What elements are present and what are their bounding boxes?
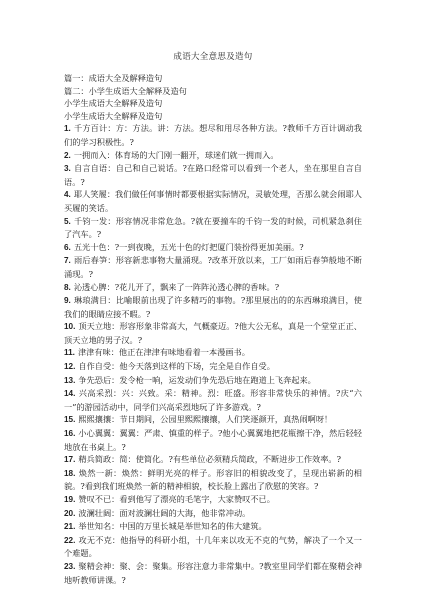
item-text: 一拥而入：体育场的大门刚一翻开，球迷们就一拥而入。 <box>74 150 279 160</box>
item-number: 12. <box>64 362 75 371</box>
idiom-list-item: 11.津津有味：他正在津津有味地看着一本漫画书。 <box>64 346 362 360</box>
idiom-list: 1.千方百计：方：方法。讲：方法。想尽和用尽各种方法。?教师千方百计调动我们的学… <box>64 122 362 586</box>
document-page: 成语大全意思及造句 篇一：成语大全及解释造句 篇二：小学生成语大全解释及造句 小… <box>0 0 424 600</box>
idiom-list-item: 8.沁透心脾：?花儿开了，飘来了一阵阵沁透心脾的香味。? <box>64 281 362 295</box>
item-number: 17. <box>64 455 75 464</box>
item-text: 争先恐后：发令枪一响，运发动们争先恐后地在跑道上飞奔起来。 <box>78 375 315 385</box>
item-text: 精兵简政：简：使简化。?有些单位必须精兵简政，不断进步工作效率。? <box>78 454 341 464</box>
item-number: 10. <box>64 322 75 331</box>
item-number: 13. <box>64 376 75 385</box>
item-number: 1. <box>64 124 71 133</box>
item-number: 15. <box>64 415 75 424</box>
item-text: 熙熙攘攘：节日期间，公园里熙熙攘攘，人们笑逐颜开，真热闹啊呀！ <box>78 414 332 424</box>
toc-line: 篇二：小学生成语大全解释及造句 <box>64 85 362 98</box>
idiom-list-item: 21.举世知名：中国的万里长城是举世知名的伟大建筑。 <box>64 520 362 534</box>
item-text: 举世知名：中国的万里长城是举世知名的伟大建筑。 <box>78 521 266 531</box>
item-number: 16. <box>64 429 75 438</box>
item-text: 赞叹不已：看到他写了漂亮的毛笔字，大家赞叹不已。 <box>78 494 275 504</box>
item-number: 4. <box>64 190 71 199</box>
idiom-list-item: 3.自言自语：自己和自己说话。?在路口经常可以看到一个老人，坐在那里自言自语。? <box>64 162 362 188</box>
item-number: 9. <box>64 296 71 305</box>
item-text: 攻无不克：他指导的科研小组，十几年来以攻无不克的气势，解决了一个又一个难题。 <box>64 535 362 559</box>
item-text: 兴高采烈：兴：兴致。采：精神。烈：旺盛。形容非常快乐的神情。?庆“六一”的游园活… <box>64 388 362 412</box>
item-number: 18. <box>64 469 75 478</box>
item-number: 6. <box>64 243 71 252</box>
idiom-list-item: 13.争先恐后：发令枪一响，运发动们争先恐后地在跑道上飞奔起来。 <box>64 374 362 388</box>
item-text: 聚精会神：聚、会：聚集。形容注意力非常集中。?教室里同学们都在聚精会神地听教师讲… <box>64 561 362 585</box>
item-text: 千钧一发：形容情况非常危急。?就在要撞车的千钧一发的时候，司机紧急刹住了汽车。? <box>64 216 362 240</box>
item-text: 波澜壮阔：面对波澜壮阔的大海，他非常冲动。 <box>78 508 250 518</box>
idiom-list-item: 19.赞叹不已：看到他写了漂亮的毛笔字，大家赞叹不已。 <box>64 493 362 507</box>
idiom-list-item: 23.聚精会神：聚、会：聚集。形容注意力非常集中。?教室里同学们都在聚精会神地听… <box>64 560 362 586</box>
item-text: 自作自受：他今天落到这样的下场，完全是自作自受。 <box>78 361 275 371</box>
item-text: 五光十色：?一到夜晚，五光十色的灯把厦门装扮得更加美丽。? <box>74 242 304 252</box>
item-text: 耶人笑履：我们做任何事情时都要根据实际情况，灵敏处理，否那么就会闹耶人买履的笑话… <box>64 189 362 213</box>
idiom-list-item: 2.一拥而入：体育场的大门刚一翻开，球迷们就一拥而入。 <box>64 149 362 163</box>
idiom-list-item: 7.雨后春笋：形容新悲事物大量涌现。?改革开放以来，工厂如雨后春笋般地不断涌现。… <box>64 254 362 280</box>
idiom-list-item: 14.兴高采烈：兴：兴致。采：精神。烈：旺盛。形容非常快乐的神情。?庆“六一”的… <box>64 387 362 413</box>
idiom-list-item: 15.熙熙攘攘：节日期间，公园里熙熙攘攘，人们笑逐颜开，真热闹啊呀！ <box>64 413 362 427</box>
item-text: 千方百计：方：方法。讲：方法。想尽和用尽各种方法。?教师千方百计调动我们的学习积… <box>64 123 362 147</box>
idiom-list-item: 20.波澜壮阔：面对波澜壮阔的大海，他非常冲动。 <box>64 507 362 521</box>
toc-line: 小学生成语大全解释及造句 <box>64 110 362 123</box>
item-text: 顶天立地：形容形象非常高大，气概豪迈。?他大公无私，真是一个堂堂正正、顶天立地的… <box>64 321 362 345</box>
toc-line: 小学生成语大全解释及造句 <box>64 97 362 110</box>
item-number: 23. <box>64 562 75 571</box>
document-title: 成语大全意思及造句 <box>64 51 362 63</box>
item-text: 雨后春笋：形容新悲事物大量涌现。?改革开放以来，工厂如雨后春笋般地不断涌现。? <box>64 255 362 279</box>
idiom-list-item: 5.千钧一发：形容情况非常危急。?就在要撞车的千钧一发的时候，司机紧急刹住了汽车… <box>64 215 362 241</box>
item-text: 沁透心脾：?花儿开了，飘来了一阵阵沁透心脾的香味。? <box>74 282 279 292</box>
item-number: 8. <box>64 283 71 292</box>
idiom-list-item: 9.琳琅满目：比喻眼前出现了许多精巧的事物。?那里展出的的东西琳琅满目，使我们的… <box>64 294 362 320</box>
idiom-list-item: 4.耶人笑履：我们做任何事情时都要根据实际情况，灵敏处理，否那么就会闹耶人买履的… <box>64 188 362 214</box>
item-text: 小心翼翼：翼翼：严肃、慎重的样子。?他小心翼翼地把花瓶擦干净，然后轻轻地放在书桌… <box>64 428 362 452</box>
idiom-list-item: 17.精兵简政：简：使简化。?有些单位必须精兵简政，不断进步工作效率。? <box>64 453 362 467</box>
idiom-list-item: 22.攻无不克：他指导的科研小组，十几年来以攻无不克的气势，解决了一个又一个难题… <box>64 534 362 560</box>
item-text: 津津有味：他正在津津有味地看着一本漫画书。 <box>78 347 250 357</box>
item-number: 5. <box>64 217 71 226</box>
item-number: 2. <box>64 151 71 160</box>
idiom-list-item: 12.自作自受：他今天落到这样的下场，完全是自作自受。 <box>64 360 362 374</box>
item-number: 7. <box>64 256 71 265</box>
toc-line: 篇一：成语大全及解释造句 <box>64 72 362 85</box>
idiom-list-item: 10.顶天立地：形容形象非常高大，气概豪迈。?他大公无私，真是一个堂堂正正、顶天… <box>64 320 362 346</box>
item-text: 自言自语：自己和自己说话。?在路口经常可以看到一个老人，坐在那里自言自语。? <box>64 163 362 187</box>
idiom-list-item: 6.五光十色：?一到夜晚，五光十色的灯把厦门装扮得更加美丽。? <box>64 241 362 255</box>
item-text: 焕然一新：焕然：鲜明光亮的样子。形容旧的相貌改变了，呈现出崭新的相貌。?看到我们… <box>64 468 362 492</box>
table-of-contents: 篇一：成语大全及解释造句 篇二：小学生成语大全解释及造句 小学生成语大全解释及造… <box>64 72 362 122</box>
idiom-list-item: 16.小心翼翼：翼翼：严肃、慎重的样子。?他小心翼翼地把花瓶擦干净，然后轻轻地放… <box>64 427 362 453</box>
item-number: 14. <box>64 389 75 398</box>
item-number: 3. <box>64 164 71 173</box>
item-number: 11. <box>64 348 75 357</box>
item-number: 20. <box>64 509 75 518</box>
item-number: 22. <box>64 536 75 545</box>
item-number: 19. <box>64 495 75 504</box>
idiom-list-item: 18.焕然一新：焕然：鲜明光亮的样子。形容旧的相貌改变了，呈现出崭新的相貌。?看… <box>64 467 362 493</box>
item-number: 21. <box>64 522 75 531</box>
item-text: 琳琅满目：比喻眼前出现了许多精巧的事物。?那里展出的的东西琳琅满目，使我们的眼睛… <box>64 295 362 319</box>
idiom-list-item: 1.千方百计：方：方法。讲：方法。想尽和用尽各种方法。?教师千方百计调动我们的学… <box>64 122 362 148</box>
